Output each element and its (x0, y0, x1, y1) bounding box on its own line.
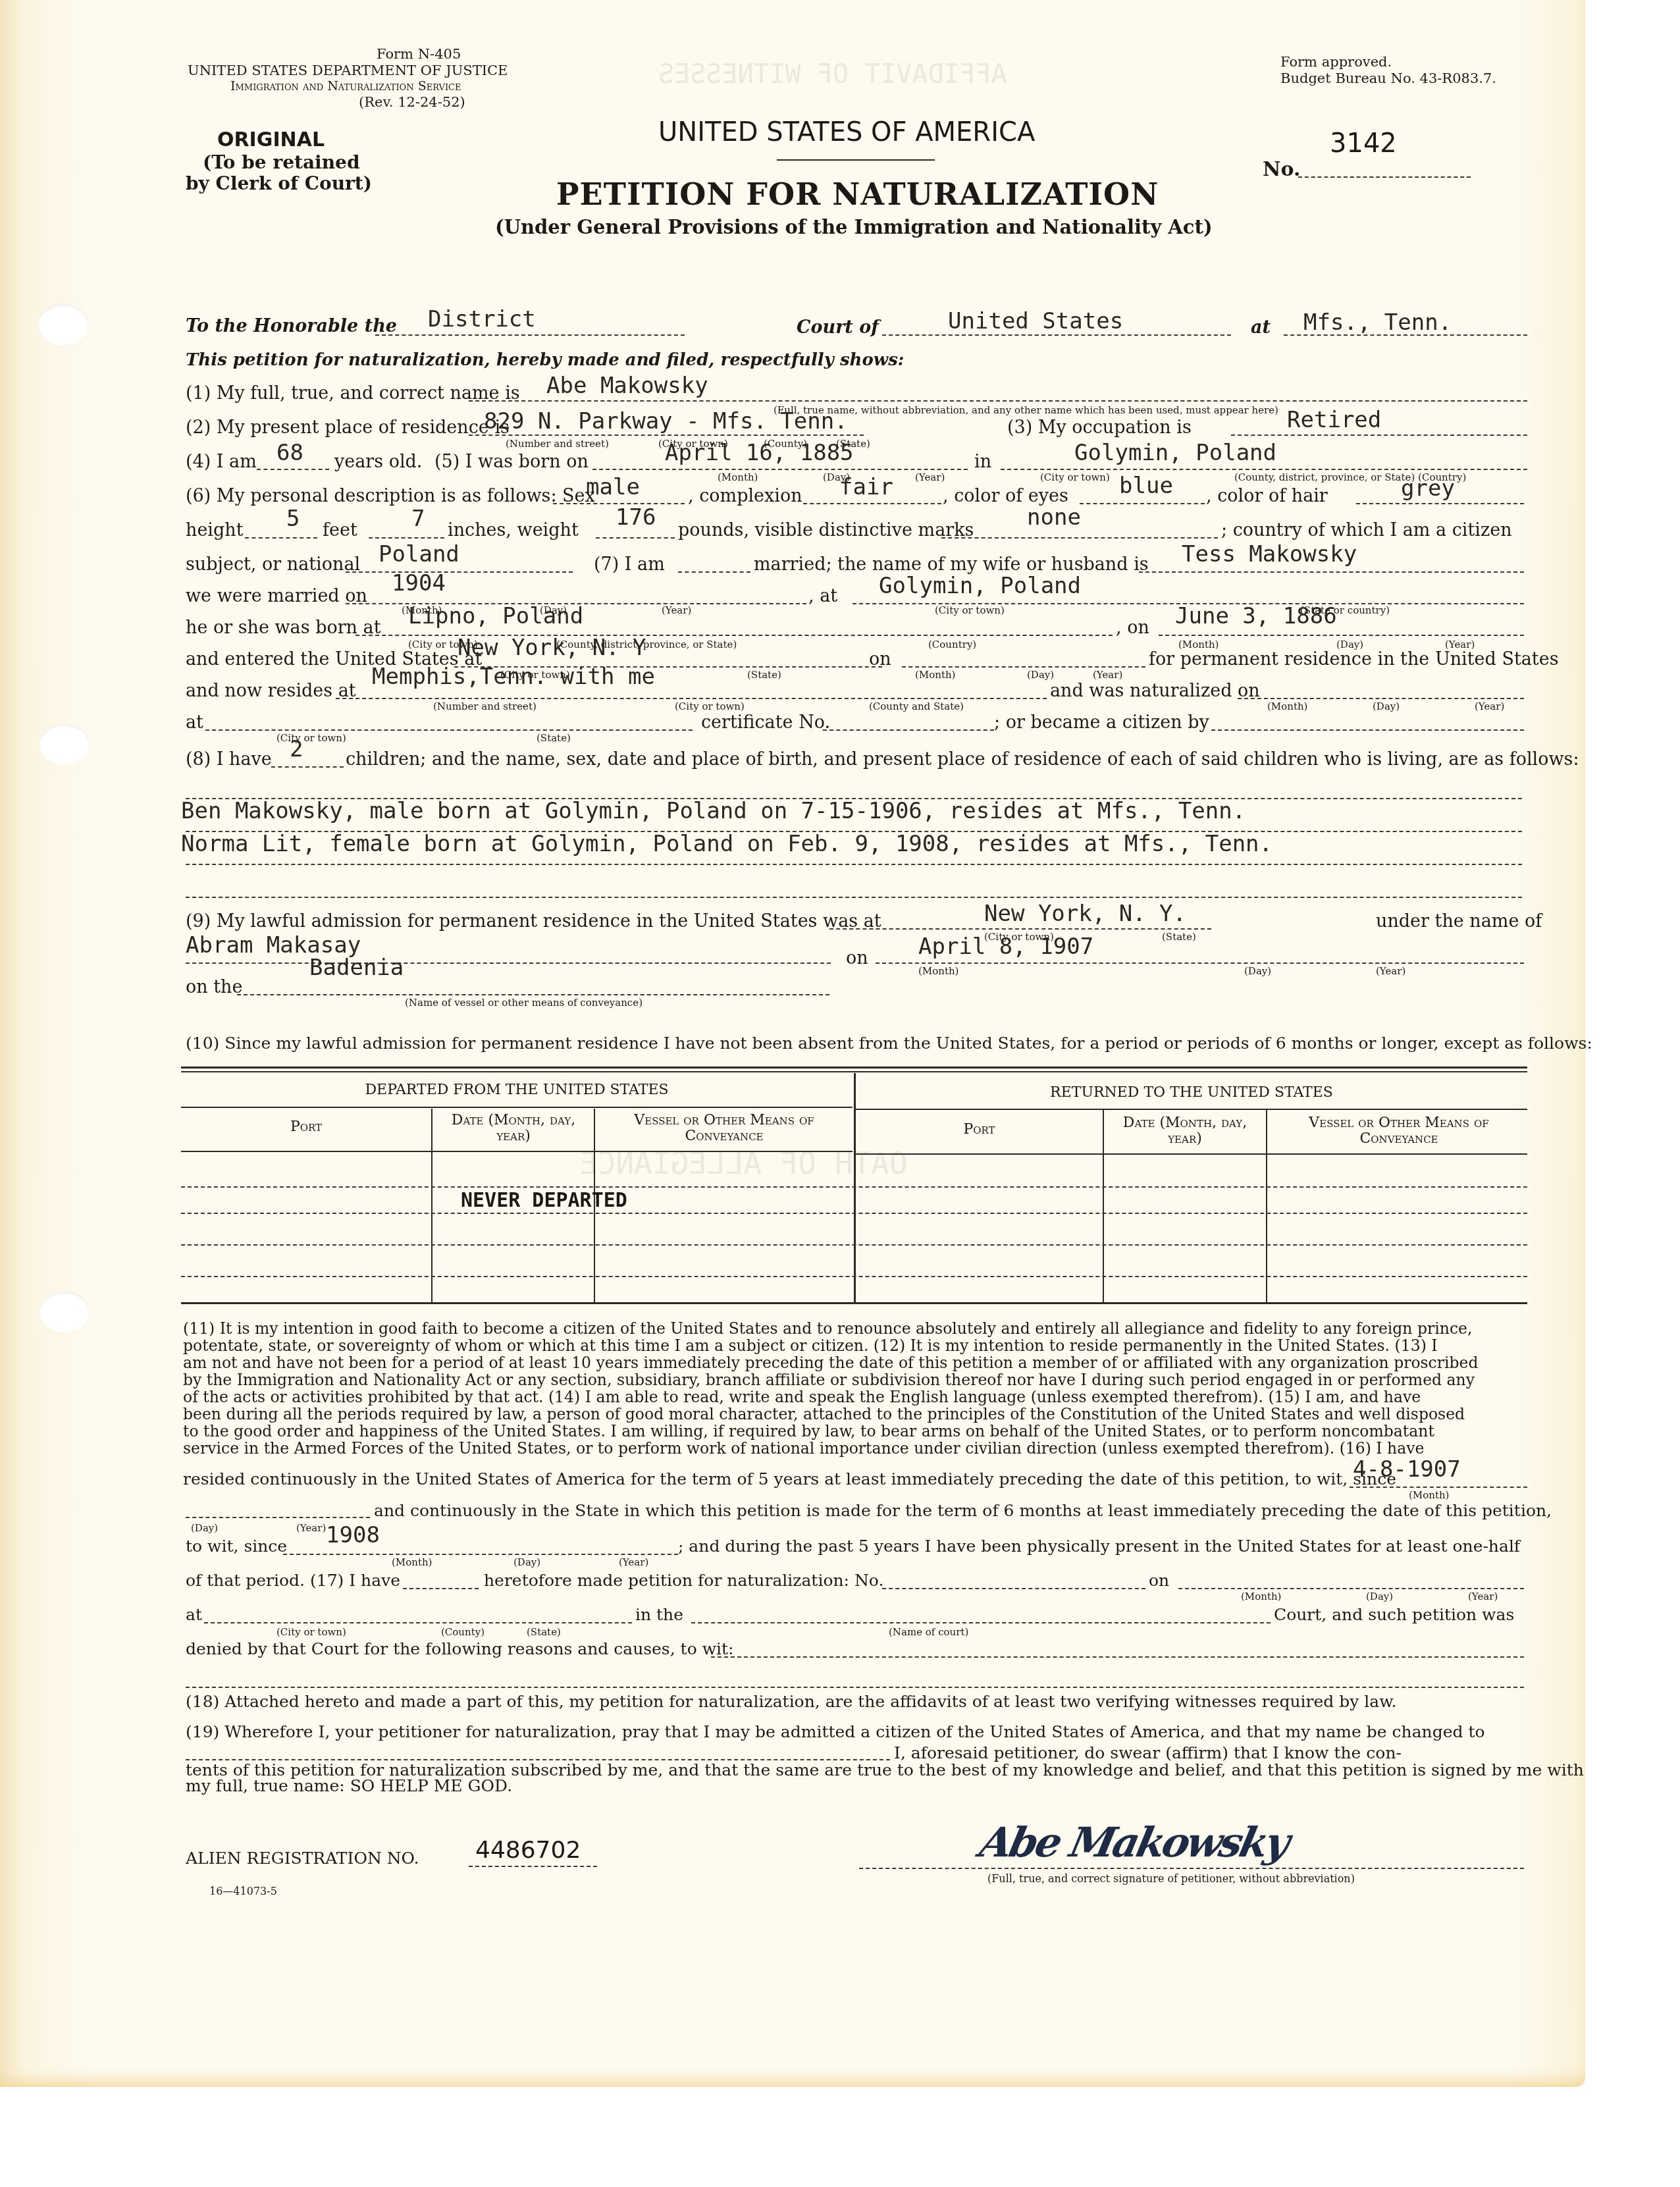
caption: (State) (1162, 931, 1196, 943)
column-header: Vessel or Other Means of Conveyance (596, 1113, 853, 1144)
residence: 829 N. Parkway - Mfs. Tenn. (484, 408, 848, 435)
fill-line (186, 897, 1522, 898)
label: at (186, 1605, 202, 1624)
caption: (City or town) (675, 700, 745, 712)
label: and now resides at (186, 681, 356, 701)
label: , complexion (688, 486, 802, 506)
fill-line (204, 1622, 632, 1623)
label: on (1149, 1571, 1169, 1590)
fill-line (941, 537, 1218, 539)
label: resided continuously in the United State… (183, 1469, 1396, 1489)
label: my full, true name: SO HELP ME GOD. (186, 1776, 512, 1795)
caption: (Year) (1468, 1591, 1498, 1602)
at-label: at (1251, 317, 1271, 338)
caption: (City or town) (935, 604, 1005, 616)
label: in the (635, 1605, 683, 1624)
fill-line (1080, 503, 1205, 504)
departed-header: DEPARTED FROM THE UNITED STATES (181, 1082, 853, 1098)
spouse-birth-date: June 3, 1886 (1175, 603, 1337, 629)
copy-label: ORIGINAL (217, 128, 325, 151)
label: and continuously in the State in which t… (374, 1501, 1552, 1520)
punch-hole (39, 1292, 90, 1332)
signature-line (859, 1868, 1524, 1869)
caption: (Year) (1376, 965, 1405, 977)
caption: (County) (441, 1626, 485, 1638)
fill-line (186, 1687, 1524, 1688)
court-prefix: To the Honorable the (186, 316, 397, 336)
declaration-line: by the Immigration and Nationality Act o… (183, 1371, 1475, 1389)
label: I, aforesaid petitioner, do swear (affir… (894, 1743, 1402, 1762)
fill-line (829, 928, 1211, 930)
fill-line (823, 729, 994, 731)
hair-color: grey (1401, 475, 1455, 502)
caption: (Full, true, and correct signature of pe… (987, 1872, 1355, 1885)
label: certificate No. (701, 712, 830, 733)
print-code: 16—41073-5 (209, 1885, 277, 1897)
label: in (974, 452, 991, 472)
fill-line (257, 469, 329, 470)
punch-hole (39, 724, 90, 765)
table-border (181, 1071, 1527, 1072)
spouse-birthplace: Lipno, Poland (408, 603, 583, 629)
caption: (Day) (1027, 669, 1054, 681)
copy-note: (To be retained (203, 151, 359, 173)
revision: (Rev. 12-24-52) (359, 94, 465, 110)
caption: (Month) (1409, 1489, 1449, 1501)
fill-line (711, 1656, 1524, 1658)
caption: (Day) (1373, 700, 1400, 712)
caption: (Day) (1244, 965, 1271, 977)
table-border (856, 1153, 1527, 1155)
court-name: United States (948, 308, 1123, 334)
nationality: Poland (379, 541, 459, 567)
birth-place: Golymin, Poland (1074, 440, 1276, 466)
approval-note: Form approved. (1280, 54, 1392, 70)
fill-line (369, 537, 444, 539)
table-row-line (181, 1276, 1527, 1277)
spouse-name: Tess Makowsky (1182, 541, 1357, 567)
admission-date: April 8, 1907 (918, 934, 1093, 960)
caption: (State) (747, 669, 781, 681)
fill-line (237, 994, 829, 995)
court-of-label: Court of (797, 317, 879, 338)
caption: (Full, true name, without abbreviation, … (774, 404, 1278, 416)
sex: male (586, 474, 640, 500)
declaration-line: potentate, state, or sovereignty of whom… (183, 1336, 1438, 1355)
height-feet: 5 (286, 506, 300, 532)
entered-at: New York, N. Y (458, 635, 646, 661)
table-divider (854, 1073, 856, 1304)
caption: (Month) (1267, 700, 1307, 712)
caption: (Month) (392, 1556, 432, 1568)
label: married; the name of my wife or husband … (754, 554, 1149, 575)
label: ; country of which I am a citizen (1221, 520, 1512, 540)
label: under the name of (1376, 911, 1542, 932)
alien-registration-label: ALIEN REGISTRATION NO. (186, 1849, 419, 1868)
weight: 176 (616, 504, 656, 531)
label: at (186, 712, 203, 733)
fill-line (469, 435, 864, 436)
fill-line (882, 1588, 1145, 1589)
fill-line (882, 334, 1231, 336)
fill-line (283, 1554, 678, 1555)
page-subtitle: (Under General Provisions of the Immigra… (495, 216, 1213, 238)
label: pounds, visible distinctive marks (678, 520, 974, 540)
alien-registration-number: 4486702 (475, 1837, 581, 1864)
child-entry: Norma Lit, female born at Golymin, Polan… (181, 831, 1273, 857)
petition-document: AFFIDAVIT OF WITNESSES OATH OF ALLEGIANC… (0, 0, 1585, 2087)
fill-line (271, 766, 344, 768)
vessel-name: Badenia (309, 955, 404, 981)
caption: (Month) (718, 471, 758, 483)
label: of that period. (17) I have (186, 1571, 400, 1590)
admission-place: New York, N. Y. (984, 901, 1186, 927)
caption: (Month) (918, 965, 958, 977)
height-inches: 7 (411, 506, 425, 532)
label: Court, and such petition was (1274, 1605, 1514, 1624)
label: ; or became a citizen by (994, 712, 1209, 733)
fill-line (245, 537, 317, 539)
label: , color of hair (1206, 486, 1328, 506)
declaration-line: of the acts or activities prohibited by … (183, 1388, 1421, 1406)
fill-line (469, 1866, 597, 1867)
q6-label: (6) My personal description is as follow… (186, 486, 595, 506)
number-line (1298, 176, 1471, 178)
caption: (City or town) (1040, 471, 1110, 483)
label: he or she was born at (186, 618, 381, 638)
label: on the (186, 977, 242, 997)
label: (9) My lawful admission for permanent re… (186, 911, 881, 932)
label: (10) Since my lawful admission for perma… (186, 1034, 1592, 1053)
divider (777, 159, 935, 161)
petitioner-signature: Abe Makowsky (976, 1818, 1292, 1866)
label: children; and the name, sex, date and pl… (346, 749, 1579, 770)
fill-line (1238, 698, 1524, 699)
table-row-line (181, 1213, 1527, 1214)
caption: (State) (527, 1626, 561, 1638)
fill-line (876, 962, 1524, 964)
petition-intro: This petition for naturalization, hereby… (186, 350, 904, 370)
fill-line (336, 698, 1047, 699)
label: we were married on (186, 586, 367, 606)
marriage-place: Golymin, Poland (879, 573, 1081, 599)
fill-line (205, 729, 693, 731)
label: years old. (334, 452, 422, 472)
declaration-line: been during all the periods required by … (183, 1405, 1465, 1423)
caption: (Year) (1475, 700, 1504, 712)
caption: (Day) (1366, 1591, 1393, 1602)
fill-line (1159, 635, 1524, 636)
country-heading: UNITED STATES OF AMERICA (658, 117, 1035, 147)
table-row-line (181, 1244, 1527, 1246)
fill-line (592, 469, 968, 470)
caption: (Name of court) (889, 1626, 968, 1638)
occupation: Retired (1287, 407, 1381, 433)
complexion: fair (839, 474, 893, 500)
table-border (181, 1067, 1527, 1068)
fill-line (678, 571, 750, 573)
petition-number: 3142 (1330, 128, 1397, 159)
caption: (County and State) (869, 700, 964, 712)
label: and was naturalized on (1050, 681, 1260, 701)
declaration-line: am not and have not been for a period of… (183, 1354, 1479, 1372)
age: 68 (276, 440, 303, 466)
label: feet (323, 520, 357, 540)
punch-hole (38, 304, 88, 345)
column-header: Date (Month, day, year) (434, 1113, 592, 1144)
table-border (856, 1109, 1527, 1110)
approval-note: Budget Bureau No. 43-R083.7. (1280, 70, 1496, 86)
fill-line (375, 334, 685, 336)
fill-line (1178, 1588, 1524, 1589)
label: inches, weight (448, 520, 579, 540)
returned-header: RETURNED TO THE UNITED STATES (856, 1085, 1527, 1101)
label: (18) Attached hereto and made a part of … (186, 1692, 1397, 1711)
fill-line (186, 962, 831, 964)
table-divider (1266, 1110, 1267, 1304)
copy-note: by Clerk of Court) (186, 172, 372, 194)
label: on (869, 649, 891, 670)
label: , on (1116, 618, 1149, 638)
label: (7) I am (594, 554, 665, 575)
caption: (Number and street) (506, 438, 609, 450)
fill-line (1231, 435, 1527, 436)
caption: (Year) (1093, 669, 1122, 681)
caption: (Month) (1241, 1591, 1281, 1602)
column-header: Vessel or Other Means of Conveyance (1271, 1115, 1527, 1147)
label: height (186, 520, 244, 540)
table-entry: NEVER DEPARTED (461, 1189, 627, 1212)
table-row-line (181, 1186, 1527, 1188)
caption: (Name of vessel or other means of convey… (405, 997, 643, 1009)
q2-label: (2) My present place of residence is (186, 417, 510, 438)
table-divider (1103, 1110, 1104, 1304)
fill-line (803, 503, 941, 504)
label: (19) Wherefore I, your petitioner for na… (186, 1722, 1485, 1741)
label: for permanent residence in the United St… (1149, 649, 1559, 670)
label: subject, or national (186, 554, 360, 575)
caption: (City or town) (276, 1626, 346, 1638)
column-header: Port (856, 1122, 1103, 1138)
q3-label: (3) My occupation is (1007, 417, 1192, 438)
caption: (Number and street) (433, 700, 537, 712)
caption: (Day) (191, 1522, 218, 1534)
q5-label: (5) I was born on (434, 452, 589, 472)
caption: (Month) (915, 669, 955, 681)
fill-line (1001, 469, 1527, 470)
number-label: No. (1263, 158, 1300, 181)
caption: (Year) (296, 1522, 326, 1534)
caption: (Country) (928, 639, 976, 650)
service: Immigration and Naturalization Service (230, 79, 461, 93)
caption: (Year) (619, 1556, 648, 1568)
label: to wit, since (186, 1537, 287, 1556)
fill-line (186, 1517, 370, 1518)
column-header: Port (181, 1119, 431, 1135)
fill-line (1356, 503, 1524, 504)
fill-line (1139, 571, 1524, 573)
distinctive-marks: none (1027, 504, 1081, 531)
caption: (Day) (513, 1556, 540, 1568)
fill-line (902, 666, 1145, 668)
fill-line (1350, 1487, 1527, 1488)
page-title: PETITION FOR NATURALIZATION (556, 176, 1159, 212)
table-border (181, 1107, 853, 1108)
label: , at (808, 586, 837, 606)
court-location: Mfs., Tenn. (1303, 309, 1452, 336)
department: UNITED STATES DEPARTMENT OF JUSTICE (188, 63, 508, 78)
label: heretofore made petition for naturalizat… (484, 1571, 883, 1590)
caption: (Year) (662, 604, 691, 616)
label: , color of eyes (943, 486, 1068, 506)
column-header: Date (Month, day, year) (1106, 1115, 1264, 1147)
fill-line (1211, 729, 1524, 731)
label: denied by that Court for the following r… (186, 1639, 734, 1658)
fill-line (403, 1588, 479, 1589)
label: on (846, 948, 868, 968)
form-number: Form N-405 (377, 46, 461, 62)
declaration-line: (11) It is my intention in good faith to… (183, 1319, 1472, 1338)
caption: (Year) (915, 471, 945, 483)
us-residence-since: 4-8-1907 (1353, 1456, 1461, 1483)
declaration-line: to the good order and happiness of the U… (183, 1422, 1434, 1440)
label: (8) I have (186, 749, 272, 770)
children-count: 2 (290, 736, 303, 762)
fill-line (186, 864, 1522, 865)
table-divider (431, 1109, 433, 1304)
bleed-through-text: AFFIDAVIT OF WITNESSES (658, 59, 1007, 90)
fill-line (346, 571, 573, 573)
q4-label: (4) I am (186, 452, 257, 472)
birth-date: April 16, 1885 (665, 440, 854, 466)
court-type: District (428, 306, 536, 332)
marriage-date: 1904 (392, 570, 446, 596)
table-border (181, 1151, 853, 1152)
fill-line (469, 400, 1527, 402)
fill-line (691, 1622, 1271, 1623)
eye-color: blue (1119, 473, 1173, 499)
label: ; and during the past 5 years I have bee… (678, 1537, 1520, 1556)
spouse-residence: Memphis,Tenn. with me (372, 664, 655, 690)
full-name: Abe Makowsky (546, 373, 708, 399)
fill-line (596, 537, 675, 539)
declaration-line: service in the Armed Forces of the Unite… (183, 1439, 1424, 1458)
caption: (City or town) (276, 732, 346, 744)
caption: (State) (537, 732, 571, 744)
child-entry: Ben Makowsky, male born at Golymin, Pola… (181, 798, 1246, 824)
state-residence-since: 1908 (326, 1522, 380, 1548)
table-border (181, 1302, 1527, 1304)
